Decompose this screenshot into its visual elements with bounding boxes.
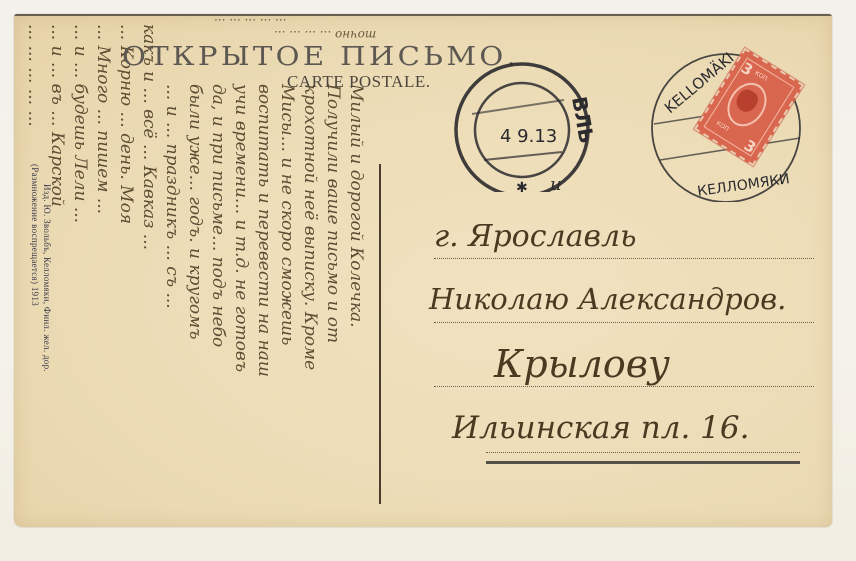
message-line: ... и ... праздникъ ... съ ... <box>162 84 182 309</box>
address-city: г. Ярославль <box>434 219 636 254</box>
heading-french: CARTE POSTALE. <box>287 72 430 92</box>
message-top-line: точно ... ... ... ... <box>274 28 376 42</box>
postmark-left-date: 4 9.13 <box>500 126 557 147</box>
message-line: Милый и дорогой Колечка. <box>346 84 366 328</box>
message-line: были уже... годъ. и кругомъ <box>185 84 205 340</box>
address-recipient-first: Николаю Александров. <box>429 282 786 316</box>
message-line: ... и ... будешь Лели ... <box>70 24 90 223</box>
postcard: Милый и дорогой Колечка.Получили ваше пи… <box>14 14 832 527</box>
address-underline-bar <box>486 461 800 464</box>
address-street: Ильинская пл. 16. <box>452 410 749 446</box>
postmark-left: 4 9.13 ВЛЬ и ✱ <box>444 42 594 192</box>
message-line: Мисы... и не скоро сможешь <box>277 84 297 345</box>
vertical-divider <box>379 164 381 504</box>
message-line: крохотной неё выписку. Кроме <box>300 84 320 370</box>
address-recipient-last: Крылову <box>494 342 670 386</box>
address-line-4 <box>486 452 800 453</box>
address-line-2 <box>434 322 814 323</box>
postmark-right-bottom: КЕЛЛОМЯКИ <box>696 171 790 200</box>
message-line: учи времени... и т.д. не готовъ <box>231 84 251 372</box>
svg-text:✱: ✱ <box>516 180 528 192</box>
message-line: ... ... ... ... ... <box>24 24 44 127</box>
message-line: Получили ваше письмо и от <box>323 84 343 343</box>
message-line: да, и при письме... подъ небо <box>208 84 228 347</box>
message-line: ... и ... въ ... Карской <box>47 24 67 207</box>
address-line-1 <box>434 258 814 259</box>
message-line: ... Много ... пишем ... <box>93 24 113 214</box>
address-line-3 <box>434 386 814 387</box>
publisher-line-2: (Размножение воспрещается) 1913 <box>30 164 40 306</box>
message-line: воспитать и перевести на наш <box>254 84 274 377</box>
postmark-left-city: ВЛЬ <box>567 95 594 146</box>
postmark-left-letter: и <box>550 174 562 192</box>
publisher-line-1: Изд. Ю. Звольбъ, Келломяки, Финл. жел. д… <box>42 184 52 372</box>
